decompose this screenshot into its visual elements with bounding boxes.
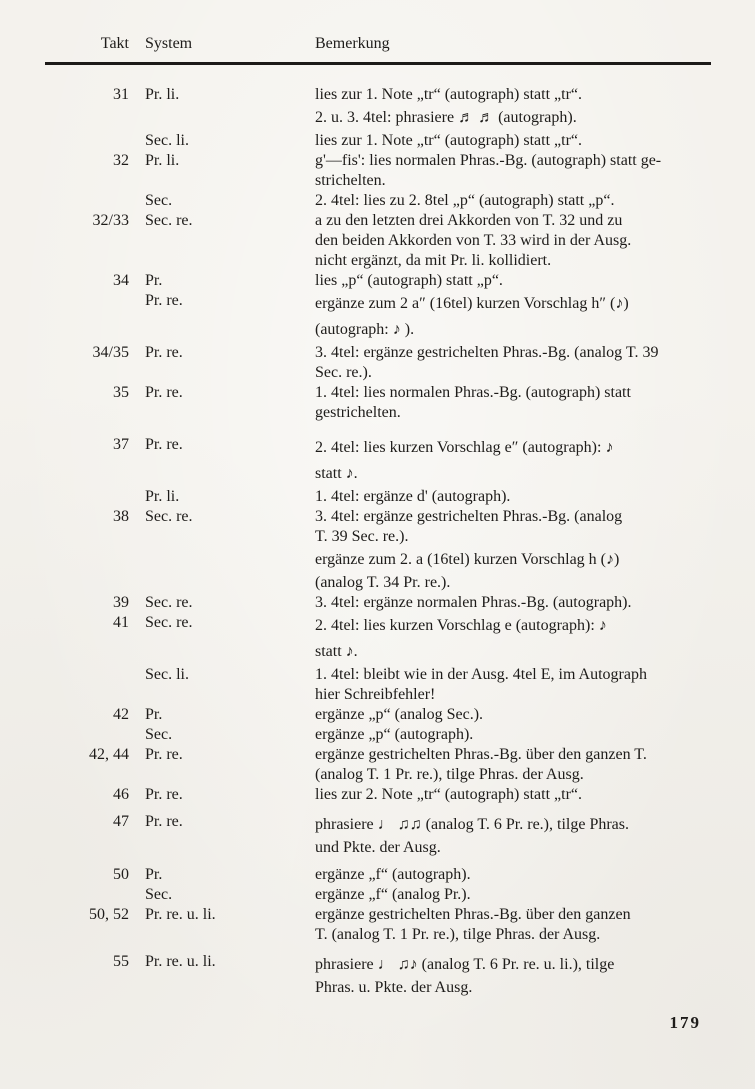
bemerkung-cell: 1. 4tel: lies normalen Phras.-Bg. (autog… <box>315 383 711 423</box>
table-row: 50Pr.ergänze „f“ (autograph). <box>45 865 711 885</box>
bemerkung-line: gestrichelten. <box>315 403 711 423</box>
column-header-takt: Takt <box>45 34 129 54</box>
takt-cell: 32 <box>45 151 129 191</box>
table-row: 34Pr.lies „p“ (autograph) statt „p“. <box>45 271 711 291</box>
bemerkung-cell: 1. 4tel: bleibt wie in der Ausg. 4tel E,… <box>315 665 711 705</box>
takt-cell: 35 <box>45 383 129 423</box>
bemerkung-line-with-music-notation: phrasiere ♩ ♫♪ (analog T. 6 Pr. re. u. l… <box>315 952 711 978</box>
takt-cell: 42 <box>45 705 129 725</box>
system-cell: Pr. <box>145 705 315 725</box>
system-cell: Pr. re. <box>145 785 315 805</box>
system-cell: Pr. re. <box>145 343 315 383</box>
takt-cell: 32/33 <box>45 211 129 271</box>
bemerkung-line: und Pkte. der Ausg. <box>315 838 711 858</box>
bemerkung-line-with-music-notation: (autograph: ♪ ). <box>315 317 711 343</box>
bemerkung-cell: ergänze „p“ (autograph). <box>315 725 711 745</box>
bemerkung-line-with-music-notation: statt ♪. <box>315 639 711 665</box>
table-row: Sec.ergänze „p“ (autograph). <box>45 725 711 745</box>
takt-cell: 42, 44 <box>45 745 129 785</box>
table-row: 31Pr. li.lies zur 1. Note „tr“ (autograp… <box>45 85 711 131</box>
takt-cell <box>45 665 129 705</box>
bemerkung-cell: lies zur 1. Note „tr“ (autograph) statt … <box>315 85 711 131</box>
bemerkung-line-with-music-notation: 2. 4tel: lies kurzen Vorschlag e″ (autog… <box>315 435 711 461</box>
bemerkung-line-with-music-notation: phrasiere ♩ ♫♫ (analog T. 6 Pr. re.), ti… <box>315 812 711 838</box>
bemerkung-line: 2. 4tel: lies zu 2. 8tel „p“ (autograph)… <box>315 191 711 211</box>
table-row: 55Pr. re. u. li.phrasiere ♩ ♫♪ (analog T… <box>45 952 711 998</box>
bemerkung-cell: 2. 4tel: lies kurzen Vorschlag e″ (autog… <box>315 435 711 487</box>
bemerkung-line: hier Schreibfehler! <box>315 685 711 705</box>
table-body: 31Pr. li.lies zur 1. Note „tr“ (autograp… <box>45 85 711 998</box>
table-row: 32Pr. li.g'—fis': lies normalen Phras.-B… <box>45 151 711 191</box>
page-content: Takt System Bemerkung 31Pr. li.lies zur … <box>0 0 755 998</box>
takt-cell: 50 <box>45 865 129 885</box>
bemerkung-cell: 3. 4tel: ergänze normalen Phras.-Bg. (au… <box>315 593 711 613</box>
bemerkung-cell: ergänze zum 2 a″ (16tel) kurzen Vorschla… <box>315 291 711 343</box>
bemerkung-cell: ergänze gestrichelten Phras.-Bg. über de… <box>315 745 711 785</box>
bemerkung-line-with-music-notation: statt ♪. <box>315 461 711 487</box>
table-row: 47Pr. re.phrasiere ♩ ♫♫ (analog T. 6 Pr.… <box>45 812 711 858</box>
takt-cell: 34 <box>45 271 129 291</box>
table-row: 34/35Pr. re.3. 4tel: ergänze gestrichelt… <box>45 343 711 383</box>
system-cell: Pr. re. <box>145 383 315 423</box>
bemerkung-line: a zu den letzten drei Akkorden von T. 32… <box>315 211 711 231</box>
system-cell: Pr. re. <box>145 435 315 487</box>
bemerkung-line: 1. 4tel: ergänze d' (autograph). <box>315 487 711 507</box>
bemerkung-cell: g'—fis': lies normalen Phras.-Bg. (autog… <box>315 151 711 191</box>
table-row: Sec. li.lies zur 1. Note „tr“ (autograph… <box>45 131 711 151</box>
table-row: 46Pr. re.lies zur 2. Note „tr“ (autograp… <box>45 785 711 805</box>
system-cell: Sec. li. <box>145 665 315 705</box>
system-cell: Pr. re. <box>145 812 315 858</box>
bemerkung-cell: a zu den letzten drei Akkorden von T. 32… <box>315 211 711 271</box>
table-row: Pr. li.1. 4tel: ergänze d' (autograph). <box>45 487 711 507</box>
table-row: Sec. li.1. 4tel: bleibt wie in der Ausg.… <box>45 665 711 705</box>
table-row: 50, 52Pr. re. u. li.ergänze gestrichelte… <box>45 905 711 945</box>
bemerkung-line: 3. 4tel: ergänze normalen Phras.-Bg. (au… <box>315 593 711 613</box>
takt-cell <box>45 885 129 905</box>
bemerkung-line-with-music-notation: 2. 4tel: lies kurzen Vorschlag e (autogr… <box>315 613 711 639</box>
table-row: 37Pr. re.2. 4tel: lies kurzen Vorschlag … <box>45 435 711 487</box>
bemerkung-line: 1. 4tel: lies normalen Phras.-Bg. (autog… <box>315 383 711 403</box>
takt-cell <box>45 191 129 211</box>
bemerkung-line: (analog T. 34 Pr. re.). <box>315 573 711 593</box>
takt-cell: 47 <box>45 812 129 858</box>
column-header-system: System <box>145 34 315 54</box>
bemerkung-line-with-music-notation: 2. u. 3. 4tel: phrasiere ♬ ♬ (autograph)… <box>315 105 711 131</box>
bemerkung-line: lies zur 1. Note „tr“ (autograph) statt … <box>315 131 711 151</box>
bemerkung-line: ergänze „p“ (analog Sec.). <box>315 705 711 725</box>
system-cell: Sec. <box>145 191 315 211</box>
table-row: Sec.2. 4tel: lies zu 2. 8tel „p“ (autogr… <box>45 191 711 211</box>
system-cell: Pr. re. <box>145 745 315 785</box>
system-cell: Pr. re. u. li. <box>145 905 315 945</box>
bemerkung-cell: phrasiere ♩ ♫♪ (analog T. 6 Pr. re. u. l… <box>315 952 711 998</box>
takt-cell: 38 <box>45 507 129 593</box>
bemerkung-line: lies „p“ (autograph) statt „p“. <box>315 271 711 291</box>
column-header-bemerkung: Bemerkung <box>315 34 711 54</box>
bemerkung-cell: lies zur 1. Note „tr“ (autograph) statt … <box>315 131 711 151</box>
bemerkung-line: Sec. re.). <box>315 363 711 383</box>
bemerkung-line-with-music-notation: ergänze zum 2. a (16tel) kurzen Vorschla… <box>315 547 711 573</box>
system-cell: Sec. <box>145 725 315 745</box>
takt-cell: 37 <box>45 435 129 487</box>
scanned-page: Takt System Bemerkung 31Pr. li.lies zur … <box>0 0 755 1089</box>
bemerkung-line: (analog T. 1 Pr. re.), tilge Phras. der … <box>315 765 711 785</box>
table-row: 39Sec. re.3. 4tel: ergänze normalen Phra… <box>45 593 711 613</box>
bemerkung-cell: lies zur 2. Note „tr“ (autograph) statt … <box>315 785 711 805</box>
bemerkung-cell: ergänze „f“ (analog Pr.). <box>315 885 711 905</box>
bemerkung-cell: 3. 4tel: ergänze gestrichelten Phras.-Bg… <box>315 343 711 383</box>
takt-cell: 31 <box>45 85 129 131</box>
takt-cell: 50, 52 <box>45 905 129 945</box>
system-cell: Pr. <box>145 865 315 885</box>
bemerkung-line: 3. 4tel: ergänze gestrichelten Phras.-Bg… <box>315 507 711 527</box>
system-cell: Pr. li. <box>145 487 315 507</box>
bemerkung-cell: 1. 4tel: ergänze d' (autograph). <box>315 487 711 507</box>
bemerkung-line: 1. 4tel: bleibt wie in der Ausg. 4tel E,… <box>315 665 711 685</box>
bemerkung-line: g'—fis': lies normalen Phras.-Bg. (autog… <box>315 151 711 171</box>
system-cell: Sec. re. <box>145 507 315 593</box>
takt-cell: 39 <box>45 593 129 613</box>
system-cell: Pr. li. <box>145 151 315 191</box>
table-row: 41Sec. re.2. 4tel: lies kurzen Vorschlag… <box>45 613 711 665</box>
system-cell: Pr. <box>145 271 315 291</box>
bemerkung-line: Phras. u. Pkte. der Ausg. <box>315 978 711 998</box>
bemerkung-line: lies zur 2. Note „tr“ (autograph) statt … <box>315 785 711 805</box>
table-row: 42Pr.ergänze „p“ (analog Sec.). <box>45 705 711 725</box>
system-cell: Pr. re. u. li. <box>145 952 315 998</box>
takt-cell: 55 <box>45 952 129 998</box>
table-row: Pr. re.ergänze zum 2 a″ (16tel) kurzen V… <box>45 291 711 343</box>
table-row: 32/33Sec. re.a zu den letzten drei Akkor… <box>45 211 711 271</box>
system-cell: Sec. re. <box>145 613 315 665</box>
bemerkung-cell: ergänze „p“ (analog Sec.). <box>315 705 711 725</box>
bemerkung-line: 3. 4tel: ergänze gestrichelten Phras.-Bg… <box>315 343 711 363</box>
bemerkung-line-with-music-notation: ergänze zum 2 a″ (16tel) kurzen Vorschla… <box>315 291 711 317</box>
bemerkung-line: ergänze „f“ (autograph). <box>315 865 711 885</box>
bemerkung-line: strichelten. <box>315 171 711 191</box>
bemerkung-cell: 3. 4tel: ergänze gestrichelten Phras.-Bg… <box>315 507 711 593</box>
takt-cell: 41 <box>45 613 129 665</box>
bemerkung-line: ergänze „f“ (analog Pr.). <box>315 885 711 905</box>
takt-cell: 34/35 <box>45 343 129 383</box>
table-header: Takt System Bemerkung <box>45 34 711 54</box>
header-rule <box>45 62 711 65</box>
bemerkung-line: ergänze gestrichelten Phras.-Bg. über de… <box>315 745 711 765</box>
takt-cell <box>45 291 129 343</box>
bemerkung-line: lies zur 1. Note „tr“ (autograph) statt … <box>315 85 711 105</box>
bemerkung-cell: phrasiere ♩ ♫♫ (analog T. 6 Pr. re.), ti… <box>315 812 711 858</box>
table-row: 42, 44Pr. re.ergänze gestrichelten Phras… <box>45 745 711 785</box>
system-cell: Sec. re. <box>145 211 315 271</box>
page-number: 179 <box>670 1013 702 1033</box>
bemerkung-cell: lies „p“ (autograph) statt „p“. <box>315 271 711 291</box>
table-row: 35Pr. re.1. 4tel: lies normalen Phras.-B… <box>45 383 711 423</box>
bemerkung-line: T. (analog T. 1 Pr. re.), tilge Phras. d… <box>315 925 711 945</box>
takt-cell <box>45 131 129 151</box>
bemerkung-cell: 2. 4tel: lies zu 2. 8tel „p“ (autograph)… <box>315 191 711 211</box>
bemerkung-cell: ergänze „f“ (autograph). <box>315 865 711 885</box>
takt-cell: 46 <box>45 785 129 805</box>
table-row: Sec.ergänze „f“ (analog Pr.). <box>45 885 711 905</box>
system-cell: Pr. li. <box>145 85 315 131</box>
bemerkung-cell: 2. 4tel: lies kurzen Vorschlag e (autogr… <box>315 613 711 665</box>
bemerkung-line: T. 39 Sec. re.). <box>315 527 711 547</box>
bemerkung-line: den beiden Akkorden von T. 33 wird in de… <box>315 231 711 251</box>
table-row: 38Sec. re.3. 4tel: ergänze gestrichelten… <box>45 507 711 593</box>
system-cell: Sec. <box>145 885 315 905</box>
bemerkung-line: ergänze „p“ (autograph). <box>315 725 711 745</box>
bemerkung-cell: ergänze gestrichelten Phras.-Bg. über de… <box>315 905 711 945</box>
bemerkung-line: ergänze gestrichelten Phras.-Bg. über de… <box>315 905 711 925</box>
bemerkung-line: nicht ergänzt, da mit Pr. li. kollidiert… <box>315 251 711 271</box>
takt-cell <box>45 487 129 507</box>
system-cell: Sec. re. <box>145 593 315 613</box>
system-cell: Sec. li. <box>145 131 315 151</box>
takt-cell <box>45 725 129 745</box>
system-cell: Pr. re. <box>145 291 315 343</box>
